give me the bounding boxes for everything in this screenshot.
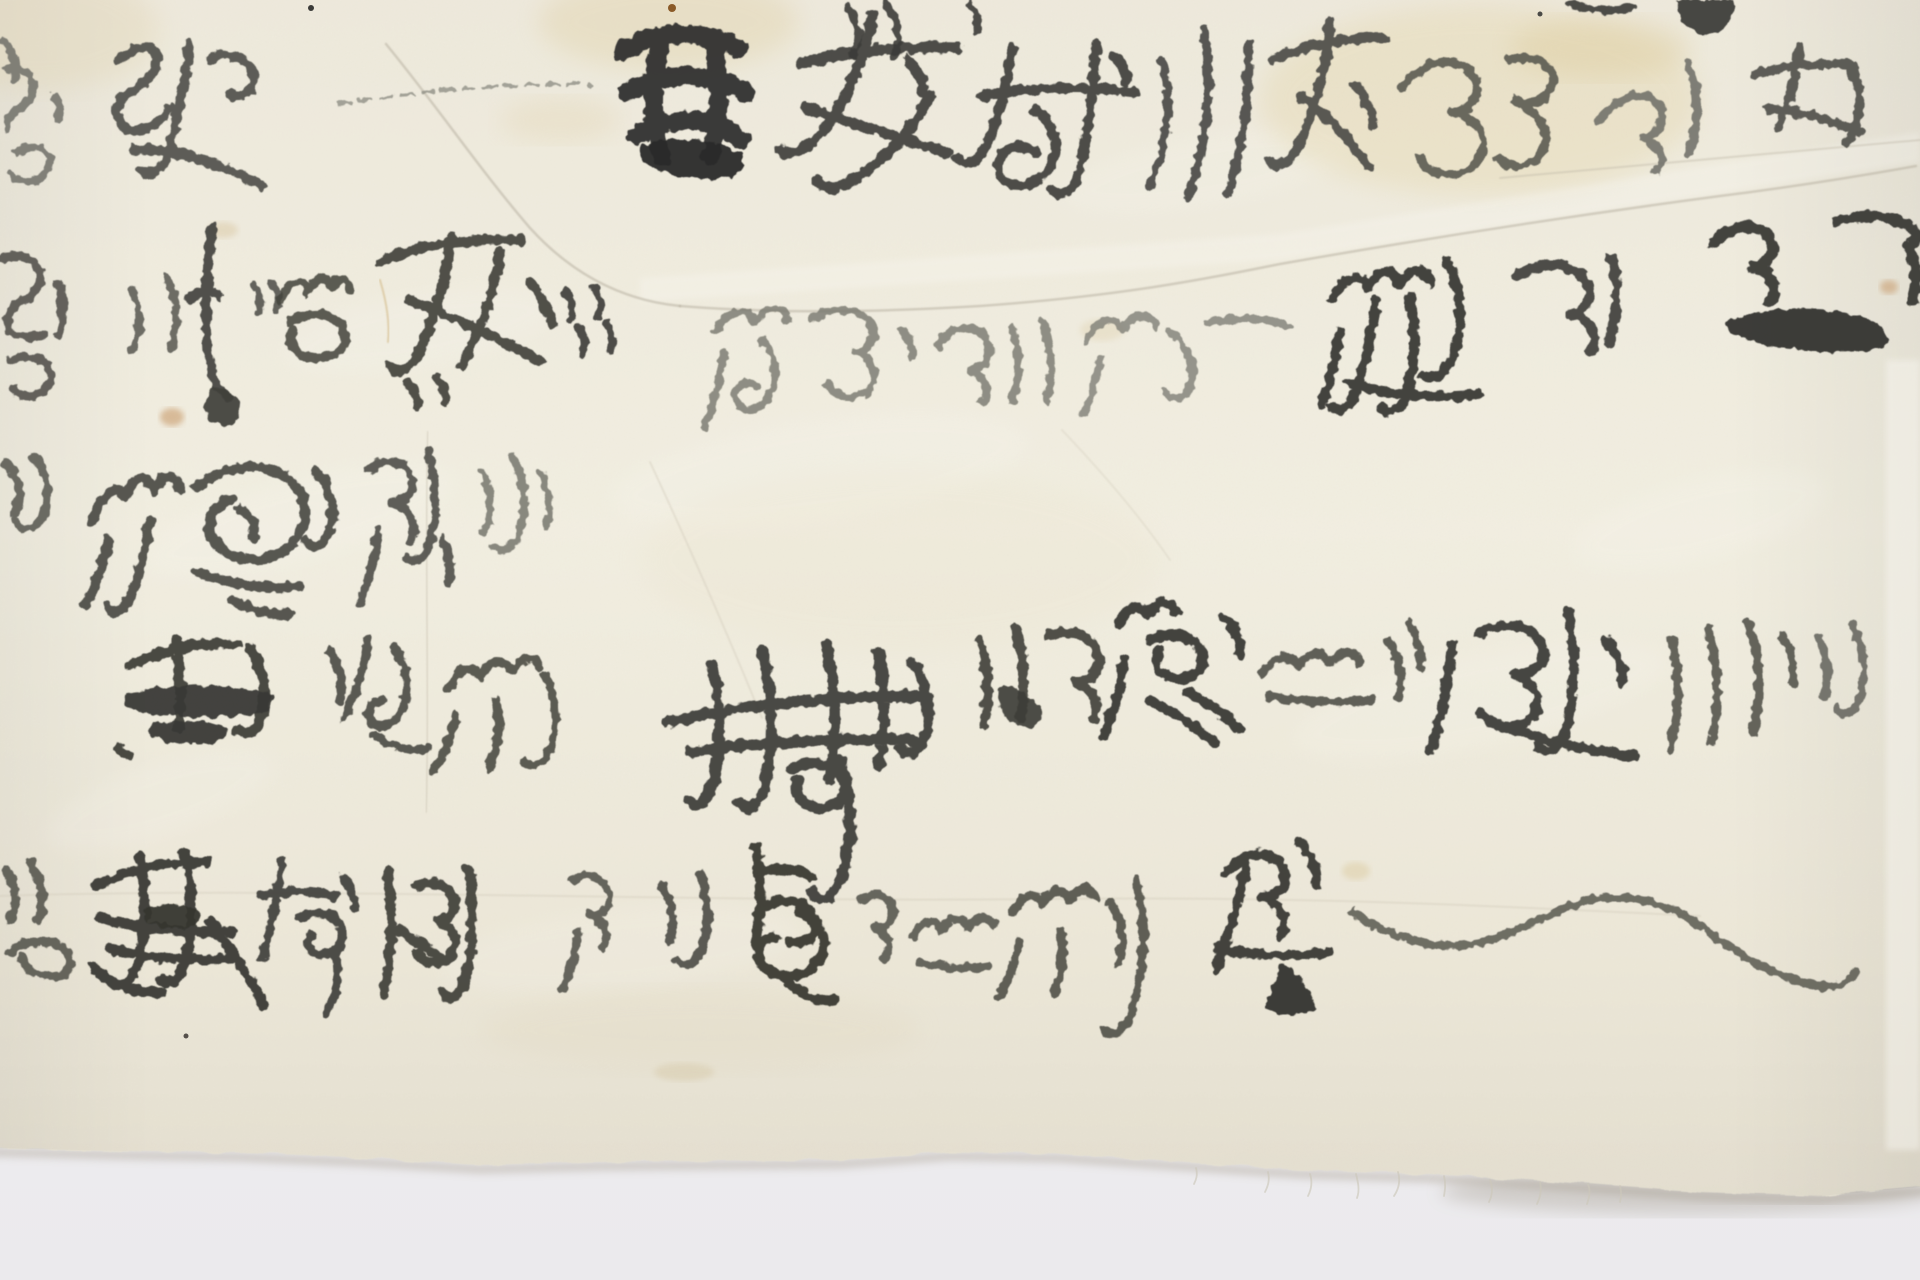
- stain-center-wash: [640, 470, 1160, 650]
- edge-fiber: [1620, 1186, 1621, 1202]
- speck-small-dot: [1538, 12, 1543, 17]
- speck-rust-top: [668, 4, 676, 12]
- stain-fold-area: [500, 98, 620, 142]
- speck-top-dot: [308, 5, 314, 11]
- edge-fiber: [1444, 1176, 1445, 1196]
- manuscript-photo-svg: [0, 0, 1920, 1280]
- stain-rust-left: [160, 408, 184, 426]
- right-edge-light-strip: [1886, 360, 1920, 1150]
- stain-low-center: [480, 990, 920, 1070]
- stain-mid-dot: [1342, 862, 1370, 880]
- crease-vertical: [426, 432, 428, 812]
- photo-frame: Photograph of an aged handwritten manusc…: [0, 0, 1920, 1280]
- stain-top-right-core: [1510, 18, 1690, 78]
- speck-dark-dot: [184, 1034, 189, 1039]
- stain-right-rust: [1880, 280, 1898, 294]
